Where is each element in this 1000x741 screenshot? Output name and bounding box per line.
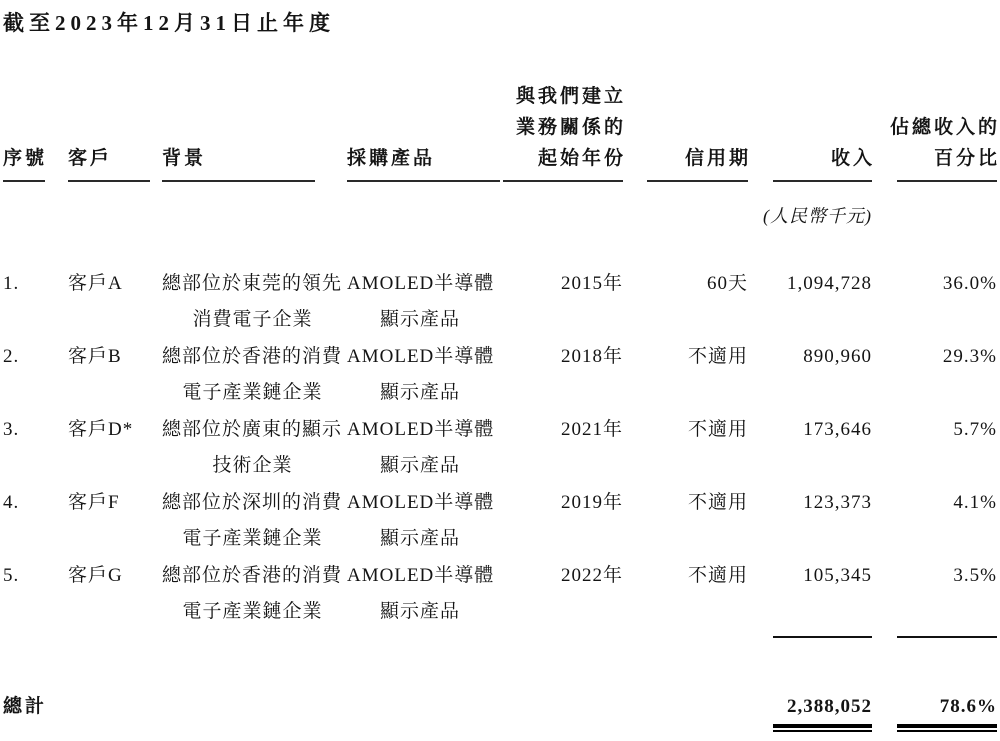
total-percent: 78.6%	[872, 645, 1000, 732]
cell-background: 總部位於東莞的領先 消費電子企業	[157, 266, 343, 339]
header-customer: 客戶	[62, 72, 157, 182]
cell-products: AMOLED半導體 顯示產品	[343, 485, 493, 558]
total-row: 總計 2,388,052 78.6%	[0, 645, 1000, 732]
cell-no: 4.	[0, 485, 62, 558]
cell-revenue: 173,646	[748, 412, 872, 485]
cell-revenue: 105,345	[748, 558, 872, 631]
cell-products: AMOLED半導體 顯示產品	[343, 558, 493, 631]
page-title: 截至2023年12月31日止年度	[3, 7, 335, 37]
table-row: 5. 客戶G 總部位於香港的消費 電子產業鏈企業 AMOLED半導體 顯示產品 …	[0, 558, 1000, 631]
cell-start-year: 2015年	[493, 266, 623, 339]
cell-background: 總部位於香港的消費 電子產業鏈企業	[157, 558, 343, 631]
cell-products: AMOLED半導體 顯示產品	[343, 339, 493, 412]
cell-customer: 客戶B	[62, 339, 157, 412]
cell-no: 1.	[0, 266, 62, 339]
total-label: 總計	[0, 645, 748, 732]
cell-customer: 客戶G	[62, 558, 157, 631]
cell-percent: 36.0%	[872, 266, 1000, 339]
subtotal-rule-row	[0, 631, 1000, 645]
header-revenue: 收入	[748, 72, 872, 182]
currency-note: (人民幣千元)	[0, 182, 872, 266]
cell-revenue: 123,373	[748, 485, 872, 558]
cell-background: 總部位於香港的消費 電子產業鏈企業	[157, 339, 343, 412]
cell-no: 2.	[0, 339, 62, 412]
revenue-subtotal-rule	[748, 631, 872, 645]
cell-customer: 客戶A	[62, 266, 157, 339]
header-background: 背景	[157, 72, 343, 182]
cell-credit: 60天	[623, 266, 748, 339]
cell-no: 5.	[0, 558, 62, 631]
cell-credit: 不適用	[623, 485, 748, 558]
header-start-year: 與我們建立 業務關係的 起始年份	[493, 72, 623, 182]
document-page: 截至2023年12月31日止年度 序號 客戶 背景	[0, 0, 1000, 741]
cell-percent: 5.7%	[872, 412, 1000, 485]
table-row: 2. 客戶B 總部位於香港的消費 電子產業鏈企業 AMOLED半導體 顯示產品 …	[0, 339, 1000, 412]
cell-start-year: 2018年	[493, 339, 623, 412]
cell-background: 總部位於深圳的消費 電子產業鏈企業	[157, 485, 343, 558]
cell-percent: 29.3%	[872, 339, 1000, 412]
cell-credit: 不適用	[623, 412, 748, 485]
cell-percent: 4.1%	[872, 485, 1000, 558]
header-credit-period: 信用期	[623, 72, 748, 182]
cell-no: 3.	[0, 412, 62, 485]
table-row: 3. 客戶D* 總部位於廣東的顯示 技術企業 AMOLED半導體 顯示產品 20…	[0, 412, 1000, 485]
cell-credit: 不適用	[623, 558, 748, 631]
revenue-total-rule	[773, 724, 872, 732]
cell-start-year: 2021年	[493, 412, 623, 485]
cell-customer: 客戶D*	[62, 412, 157, 485]
cell-start-year: 2019年	[493, 485, 623, 558]
total-revenue: 2,388,052	[748, 645, 872, 732]
cell-revenue: 1,094,728	[748, 266, 872, 339]
cell-start-year: 2022年	[493, 558, 623, 631]
percent-subtotal-rule	[872, 631, 1000, 645]
header-percent: 佔總收入的 百分比	[872, 72, 1000, 182]
percent-total-rule	[897, 724, 997, 732]
cell-credit: 不適用	[623, 339, 748, 412]
cell-revenue: 890,960	[748, 339, 872, 412]
header-products: 採購產品	[343, 72, 493, 182]
cell-customer: 客戶F	[62, 485, 157, 558]
top-customers-table: 序號 客戶 背景 採購產品 與我們建立 業務關係的	[0, 72, 1000, 732]
currency-note-row: (人民幣千元)	[0, 182, 1000, 266]
cell-background: 總部位於廣東的顯示 技術企業	[157, 412, 343, 485]
table-row: 1. 客戶A 總部位於東莞的領先 消費電子企業 AMOLED半導體 顯示產品 2…	[0, 266, 1000, 339]
table-header-row: 序號 客戶 背景 採購產品 與我們建立 業務關係的	[0, 72, 1000, 182]
cell-percent: 3.5%	[872, 558, 1000, 631]
cell-products: AMOLED半導體 顯示產品	[343, 412, 493, 485]
table-row: 4. 客戶F 總部位於深圳的消費 電子產業鏈企業 AMOLED半導體 顯示產品 …	[0, 485, 1000, 558]
cell-products: AMOLED半導體 顯示產品	[343, 266, 493, 339]
header-no: 序號	[0, 72, 62, 182]
